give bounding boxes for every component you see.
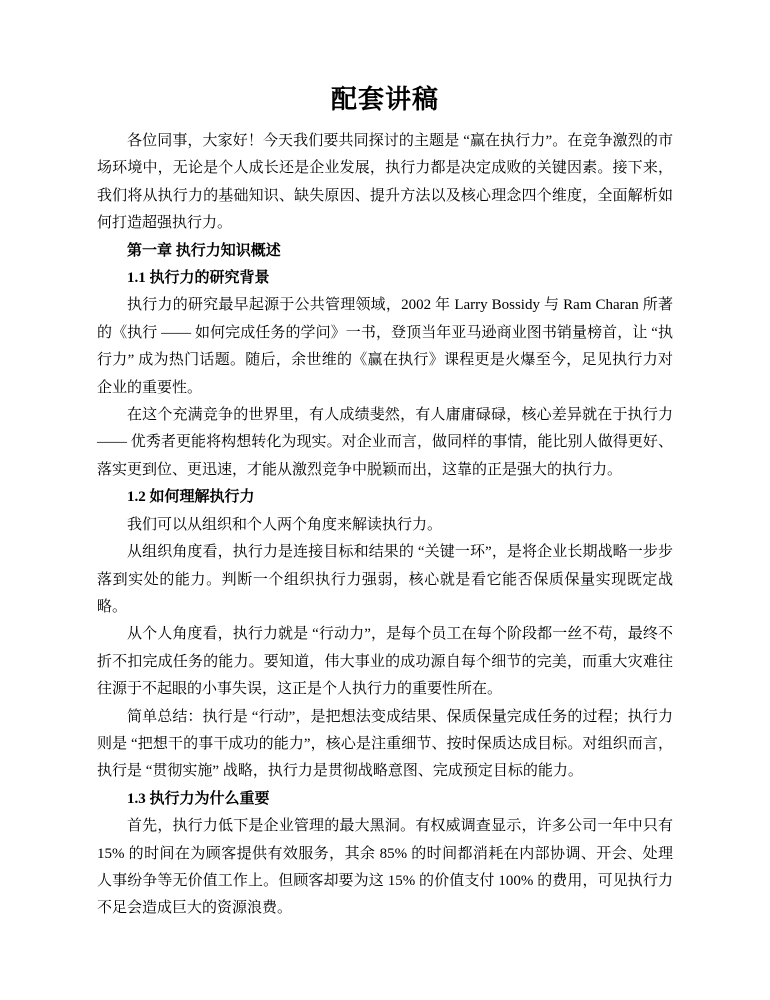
section-1-1-heading: 1.1 执行力的研究背景 <box>97 265 673 292</box>
document-title: 配套讲稿 <box>97 85 673 115</box>
paragraph-organization-view: 从组织角度看，执行力是连接目标和结果的 “关键一环”，是将企业长期战略一步步落到… <box>97 539 673 621</box>
paragraph-research-origin: 执行力的研究最早起源于公共管理领域，2002 年 Larry Bossidy 与… <box>97 292 673 402</box>
section-1-2-heading: 1.2 如何理解执行力 <box>97 484 673 511</box>
chapter-1-heading: 第一章 执行力知识概述 <box>97 238 673 265</box>
intro-paragraph: 各位同事，大家好！今天我们要共同探讨的主题是 “赢在执行力”。在竞争激烈的市场环… <box>97 128 673 238</box>
paragraph-two-angles: 我们可以从组织和个人两个角度来解读执行力。 <box>97 512 673 539</box>
paragraph-individual-view: 从个人角度看，执行力就是 “行动力”，是每个员工在每个阶段都一丝不苟，最终不折不… <box>97 621 673 703</box>
paragraph-competition: 在这个充满竞争的世界里，有人成绩斐然，有人庸庸碌碌，核心差异就在于执行力 —— … <box>97 402 673 484</box>
paragraph-importance: 首先，执行力低下是企业管理的最大黑洞。有权威调查显示，许多公司一年中只有 15%… <box>97 813 673 923</box>
section-1-3-heading: 1.3 执行力为什么重要 <box>97 786 673 813</box>
document-page: 配套讲稿 各位同事，大家好！今天我们要共同探讨的主题是 “赢在执行力”。在竞争激… <box>0 0 770 1000</box>
paragraph-summary: 简单总结：执行是 “行动”，是把想法变成结果、保质保量完成任务的过程；执行力则是… <box>97 704 673 786</box>
